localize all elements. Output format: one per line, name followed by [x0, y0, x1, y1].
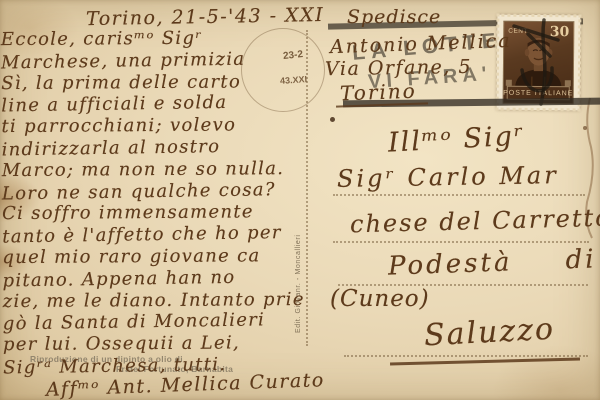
address-city-underline — [390, 358, 580, 365]
ink-speck — [330, 117, 335, 122]
sender-city: Torino — [340, 79, 418, 106]
postcard: Riproduzione di un dipinto a olio di Fra… — [0, 0, 600, 400]
address-dotted-line — [333, 241, 589, 243]
address-honorific: Illᵐᵒ Sigʳ — [387, 120, 526, 158]
address-dotted-line — [344, 355, 588, 357]
address-dotted-line — [333, 194, 585, 196]
sender-street: Via Orfane, 5 — [325, 56, 472, 81]
address-name-line2: chese del Carretto — [350, 204, 600, 239]
message-line: quel mio raro giovane ca — [2, 245, 316, 269]
address-title-line: Podestà di — [388, 244, 598, 281]
address-city: Saluzzo — [423, 312, 556, 354]
message-line: Marco; ma non ne so nulla. — [2, 158, 316, 182]
address-province: (Cuneo) — [330, 286, 430, 312]
address-name-line1: Sigʳ Carlo Mar — [337, 161, 559, 193]
message-line: Loro ne san qualche cosa? — [2, 178, 316, 205]
message-line: pitano. Appena han no — [2, 265, 316, 292]
message-line: Marchese, una primizia — [1, 47, 315, 74]
sender-label: Spedisce — [347, 6, 441, 28]
ink-speck — [583, 126, 587, 130]
message-body: Eccole, carisᵐᵒ Sigʳ Marchese, una primi… — [1, 27, 317, 378]
